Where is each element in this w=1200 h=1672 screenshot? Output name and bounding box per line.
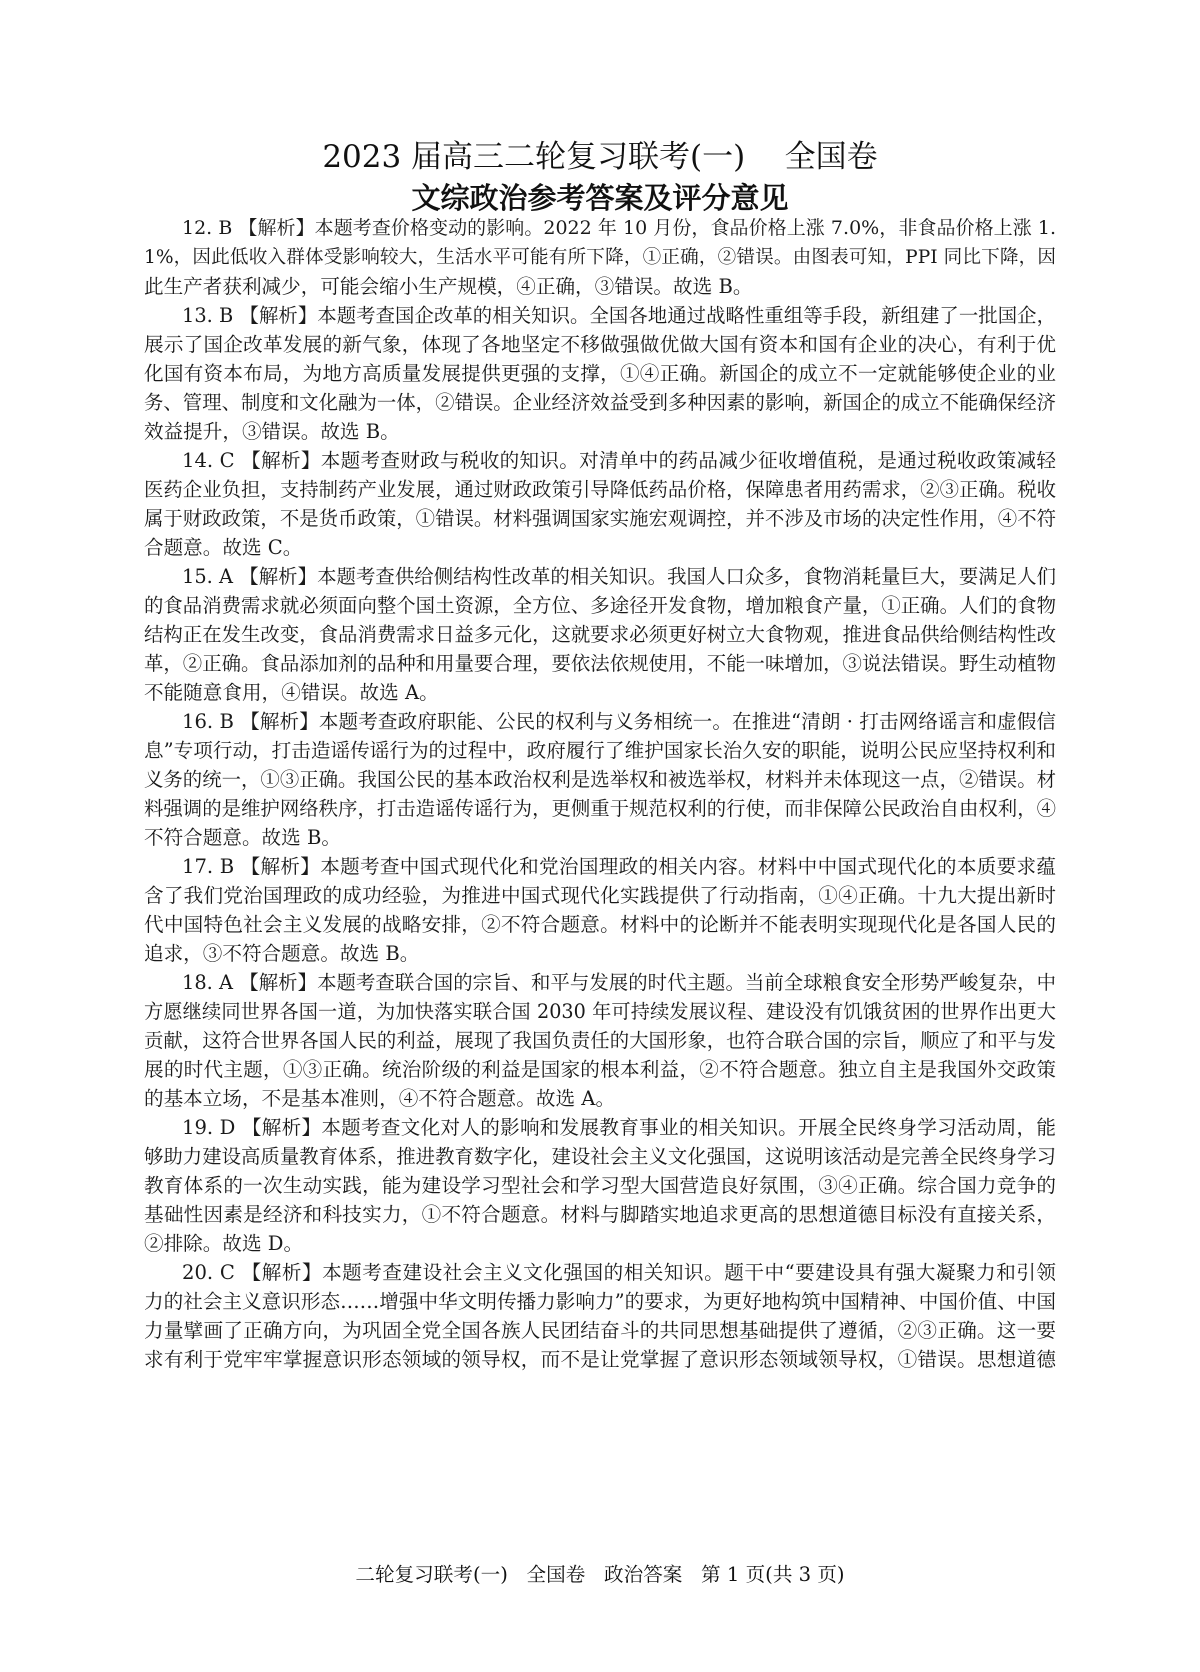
answer-text-line: 属于财政政策，不是货币政策，①错误。材料强调国家实施宏观调控，并不涉及市场的决定… (144, 504, 1056, 533)
answer-item-20: 20. C 【解析】本题考查建设社会主义文化强国的相关知识。题干中“要建设具有强… (144, 1258, 1056, 1374)
answer-text-line: 代中国特色社会主义发展的战略安排，②不符合题意。材料中的论断并不能表明实现现代化… (144, 910, 1056, 939)
answer-heading-line: 13. B 【解析】本题考查国企改革的相关知识。全国各地通过战略性重组等手段，新… (144, 301, 1056, 330)
answer-text-line: 不符合题意。故选 B。 (144, 823, 1056, 852)
answer-text-line: 贡献，这符合世界各国人民的利益，展现了我国负责任的大国形象，也符合联合国的宗旨，… (144, 1026, 1056, 1055)
answer-text-line: 求有利于党牢牢掌握意识形态领域的领导权，而不是让党掌握了意识形态领域领导权，①错… (144, 1345, 1056, 1374)
answer-text-line: 革，②正确。食品添加剂的品种和用量要合理，要依法依规使用，不能一味增加，③说法错… (144, 649, 1056, 678)
answer-item-15: 15. A 【解析】本题考查供给侧结构性改革的相关知识。我国人口众多，食物消耗量… (144, 562, 1056, 707)
answer-list: 12. B 【解析】本题考查价格变动的影响。2022 年 10 月份，食品价格上… (144, 214, 1056, 1374)
document-title: 2023 届高三二轮复习联考(一) 全国卷 (0, 137, 1200, 177)
answer-text-line: 医药企业负担，支持制药产业发展，通过财政政策引导降低药品价格，保障患者用药需求，… (144, 475, 1056, 504)
answer-text-line: 此生产者获利减少，可能会缩小生产规模，④正确，③错误。故选 B。 (144, 272, 1056, 301)
answer-item-12: 12. B 【解析】本题考查价格变动的影响。2022 年 10 月份，食品价格上… (144, 214, 1056, 301)
answer-item-19: 19. D 【解析】本题考查文化对人的影响和发展教育事业的相关知识。开展全民终身… (144, 1113, 1056, 1258)
answer-text-line: 结构正在发生改变，食品消费需求日益多元化，这就要求必须更好树立大食物观，推进食品… (144, 620, 1056, 649)
answer-text-line: 义务的统一，①③正确。我国公民的基本政治权利是选举权和被选举权，材料并未体现这一… (144, 765, 1056, 794)
answer-text-line: 展示了国企改革发展的新气象，体现了各地坚定不移做强做优做大国有资本和国有企业的决… (144, 330, 1056, 359)
answer-item-16: 16. B 【解析】本题考查政府职能、公民的权利与义务相统一。在推进“清朗 · … (144, 707, 1056, 852)
answer-text-line: 效益提升，③错误。故选 B。 (144, 417, 1056, 446)
answer-text-line: 的基本立场，不是基本准则，④不符合题意。故选 A。 (144, 1084, 1056, 1113)
answer-text-line: 够助力建设高质量教育体系，推进教育数字化，建设社会主义文化强国，这说明该活动是完… (144, 1142, 1056, 1171)
answer-text-line: 力的社会主义意识形态……增强中华文明传播力影响力”的要求，为更好地构筑中国精神、… (144, 1287, 1056, 1316)
answer-heading-line: 12. B 【解析】本题考查价格变动的影响。2022 年 10 月份，食品价格上… (144, 214, 1056, 243)
answer-heading-line: 16. B 【解析】本题考查政府职能、公民的权利与义务相统一。在推进“清朗 · … (144, 707, 1056, 736)
answer-item-17: 17. B 【解析】本题考查中国式现代化和党治国理政的相关内容。材料中中国式现代… (144, 852, 1056, 968)
answer-text-line: 不能随意食用，④错误。故选 A。 (144, 678, 1056, 707)
answer-text-line: 教育体系的一次生动实践，能为建设学习型社会和学习型大国营造良好氛围，③④正确。综… (144, 1171, 1056, 1200)
answer-heading-line: 15. A 【解析】本题考查供给侧结构性改革的相关知识。我国人口众多，食物消耗量… (144, 562, 1056, 591)
answer-heading-line: 17. B 【解析】本题考查中国式现代化和党治国理政的相关内容。材料中中国式现代… (144, 852, 1056, 881)
answer-text-line: 息”专项行动，打击造谣传谣行为的过程中，政府履行了维护国家长治久安的职能，说明公… (144, 736, 1056, 765)
answer-text-line: 基础性因素是经济和科技实力，①不符合题意。材料与脚踏实地追求更高的思想道德目标没… (144, 1200, 1056, 1229)
answer-item-13: 13. B 【解析】本题考查国企改革的相关知识。全国各地通过战略性重组等手段，新… (144, 301, 1056, 446)
answer-text-line: 1%，因此低收入群体受影响较大，生活水平可能有所下降，①正确，②错误。由图表可知… (144, 243, 1056, 272)
answer-heading-line: 20. C 【解析】本题考查建设社会主义文化强国的相关知识。题干中“要建设具有强… (144, 1258, 1056, 1287)
answer-item-18: 18. A 【解析】本题考查联合国的宗旨、和平与发展的时代主题。当前全球粮食安全… (144, 968, 1056, 1113)
answer-text-line: 力量擘画了正确方向，为巩固全党全国各族人民团结奋斗的共同思想基础提供了遵循，②③… (144, 1316, 1056, 1345)
answer-heading-line: 18. A 【解析】本题考查联合国的宗旨、和平与发展的时代主题。当前全球粮食安全… (144, 968, 1056, 997)
answer-text-line: 展的时代主题，①③正确。统治阶级的利益是国家的根本利益，②不符合题意。独立自主是… (144, 1055, 1056, 1084)
document-page: 2023 届高三二轮复习联考(一) 全国卷 文综政治参考答案及评分意见 12. … (0, 0, 1200, 1672)
answer-text-line: 的食品消费需求就必须面向整个国土资源，全方位、多途径开发食物，增加粮食产量，①正… (144, 591, 1056, 620)
answer-text-line: 合题意。故选 C。 (144, 533, 1056, 562)
answer-text-line: 追求，③不符合题意。故选 B。 (144, 939, 1056, 968)
answer-item-14: 14. C 【解析】本题考查财政与税收的知识。对清单中的药品减少征收增值税，是通… (144, 446, 1056, 562)
page-footer: 二轮复习联考(一) 全国卷 政治答案 第 1 页(共 3 页) (0, 1560, 1200, 1590)
answer-heading-line: 19. D 【解析】本题考查文化对人的影响和发展教育事业的相关知识。开展全民终身… (144, 1113, 1056, 1142)
answer-heading-line: 14. C 【解析】本题考查财政与税收的知识。对清单中的药品减少征收增值税，是通… (144, 446, 1056, 475)
document-subtitle: 文综政治参考答案及评分意见 (0, 178, 1200, 218)
answer-text-line: 含了我们党治国理政的成功经验，为推进中国式现代化实践提供了行动指南，①④正确。十… (144, 881, 1056, 910)
answer-text-line: 务、管理、制度和文化融为一体，②错误。企业经济效益受到多种因素的影响，新国企的成… (144, 388, 1056, 417)
answer-text-line: 料强调的是维护网络秩序，打击造谣传谣行为，更侧重于规范权利的行使，而非保障公民政… (144, 794, 1056, 823)
answer-text-line: 方愿继续同世界各国一道，为加快落实联合国 2030 年可持续发展议程、建设没有饥… (144, 997, 1056, 1026)
answer-text-line: ②排除。故选 D。 (144, 1229, 1056, 1258)
answer-text-line: 化国有资本布局，为地方高质量发展提供更强的支撑，①④正确。新国企的成立不一定就能… (144, 359, 1056, 388)
